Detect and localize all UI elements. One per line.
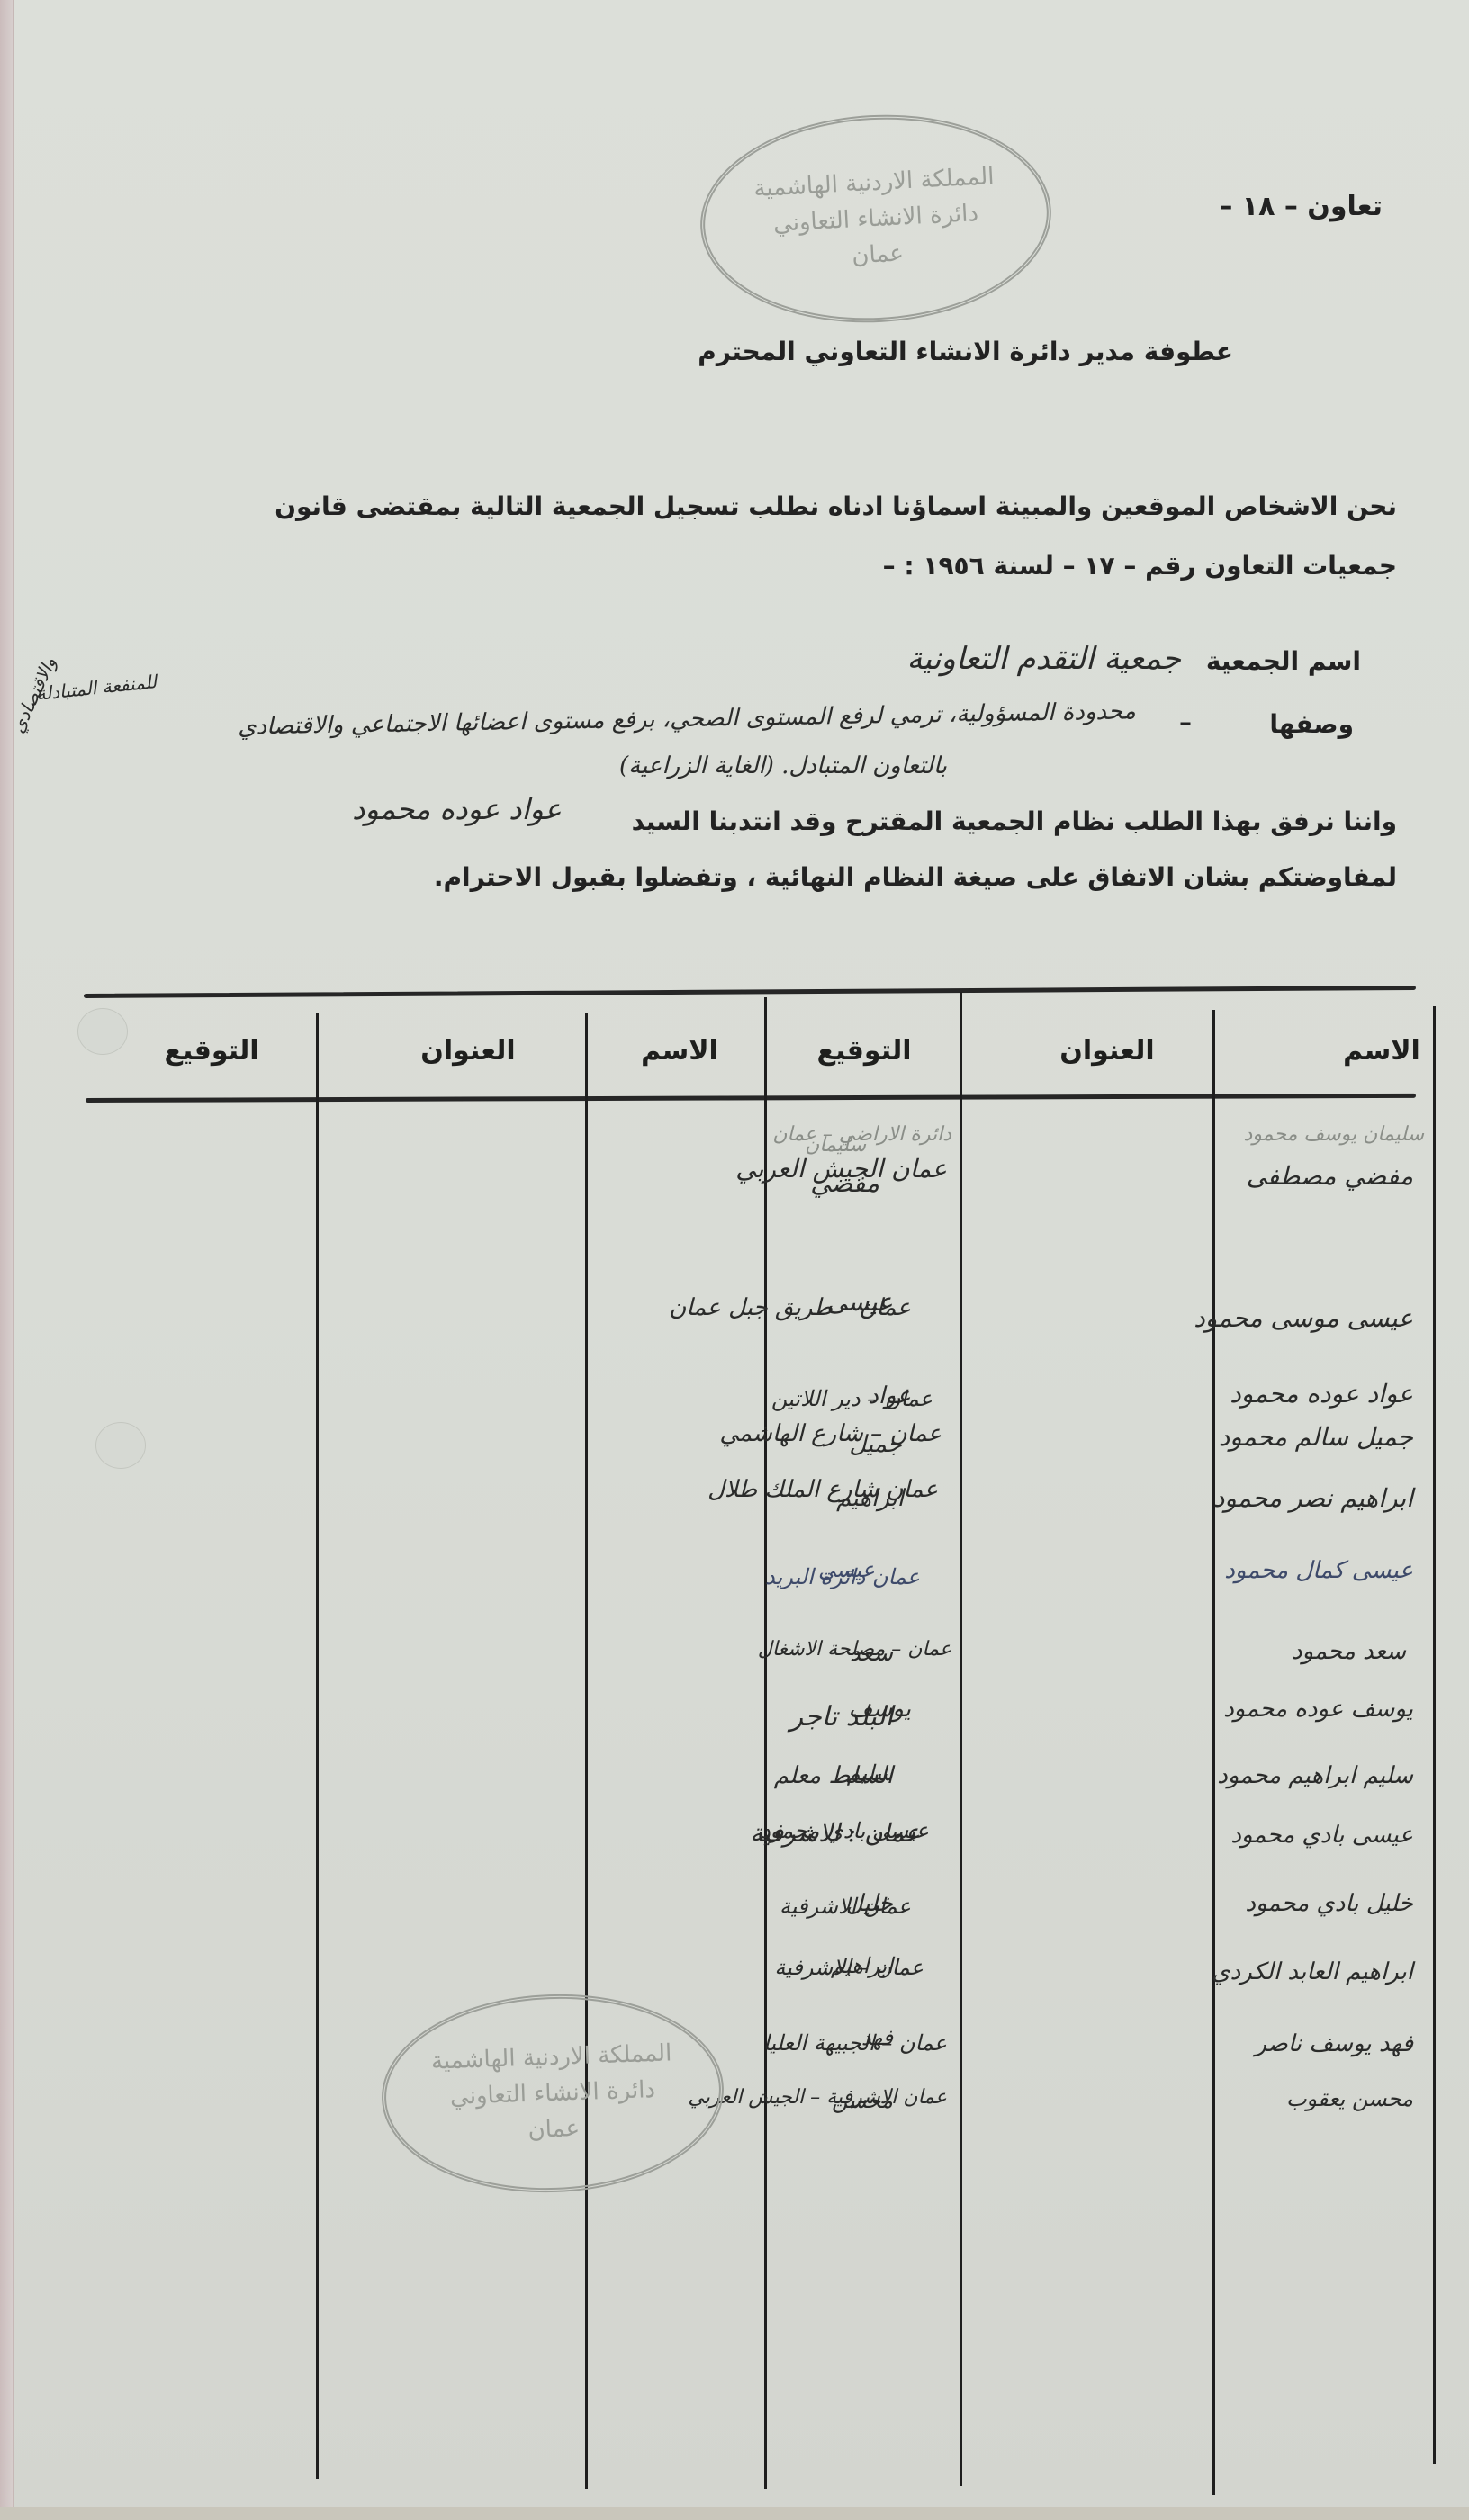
cell-signature: جميل	[849, 1431, 902, 1458]
column-divider-3	[764, 997, 767, 2489]
cell-name: عيسى كمال محمود	[1224, 1557, 1413, 1584]
header-name-1: الاسم	[1332, 1035, 1431, 1066]
cell-name: جميل سالم محمود	[1219, 1422, 1413, 1452]
cell-name: خليل بادي محمود	[1245, 1890, 1413, 1917]
cell-signature: ابراهيم	[831, 1953, 893, 1978]
closing-line-1: واننا نرفق بهذا الطلب نظام الجمعية المقت…	[632, 806, 1397, 836]
cell-signature: سعد	[850, 1640, 893, 1667]
cell-name: عواد عوده محمود	[1230, 1379, 1413, 1408]
cell-address: عمان – الجبيهة العليا	[763, 2030, 947, 2056]
page-bottom-edge	[0, 2507, 1469, 2520]
cell-address: عمان – شارع الهاشمي	[719, 1420, 942, 1447]
addressee-line: عطوفة مدير دائرة الانشاء التعاوني المحتر…	[698, 337, 1233, 366]
description-dash: –	[1179, 707, 1192, 737]
cell-signature: خليل	[846, 1890, 893, 1917]
description-label: وصفها	[1269, 709, 1354, 739]
cell-signature: مفضي	[810, 1168, 879, 1198]
stamp-line1: المملكة الاردنية الهاشمية	[430, 2041, 671, 2073]
column-divider-1	[1212, 1010, 1215, 2495]
cell-name: محسن يعقوب	[1286, 2086, 1413, 2111]
stamp-line2: دائرة الانشاء التعاوني	[450, 2078, 656, 2109]
header-signature-2: التوقيع	[135, 1035, 288, 1066]
cell-signature: عواد	[868, 1382, 911, 1409]
society-name-value: جمعية التقدم التعاونية	[906, 641, 1181, 677]
cell-signature: عيسى	[818, 1557, 875, 1582]
cell-signature: عيسى بادي محمود	[761, 1818, 929, 1843]
cell-name: ابراهيم العابد الكردي	[1212, 1958, 1413, 1985]
column-divider-5	[316, 1012, 319, 2479]
closing-line-2: لمفاوضتكم بشان الاتفاق على صيغة النظام ا…	[434, 862, 1397, 892]
cell-signature: ابراهيم	[836, 1485, 904, 1512]
cell-name: فهد يوسف ناصر	[1255, 2030, 1413, 2057]
header-signature-1: التوقيع	[792, 1035, 936, 1066]
cell-name: عيسى موسى محمود	[1194, 1303, 1413, 1333]
delegate-name: عواد عوده محمود	[352, 792, 562, 826]
intro-line-2: جمعيات التعاون رقم – ١٧ – لسنة ١٩٥٦ : –	[883, 551, 1397, 580]
society-name-label: اسم الجمعية	[1206, 646, 1361, 676]
stamp-line2: دائرة الانشاء التعاوني	[772, 202, 978, 236]
table-border-right	[1433, 1006, 1436, 2464]
header-name-2: الاسم	[612, 1035, 747, 1066]
stamp-line3: عمان	[527, 2117, 580, 2142]
document-page	[13, 0, 1469, 2511]
header-address-1: العنوان	[1017, 1035, 1197, 1066]
intro-line-1: نحن الاشخاص الموقعين والمبينة اسماؤنا اد…	[275, 491, 1397, 521]
stamp-line3: عمان	[852, 241, 905, 267]
cell-address: عمان الاشرفية – الجيش العربي	[688, 2086, 947, 2109]
header-address-2: العنوان	[378, 1035, 558, 1066]
punch-hole-bottom	[95, 1422, 146, 1469]
cell-name: سليم ابراهيم محمود	[1217, 1762, 1413, 1789]
cell-signature: فهد	[861, 2025, 893, 2050]
cell-name: ابراهيم نصر محمود	[1213, 1483, 1413, 1513]
cell-signature: محسن	[832, 2088, 893, 2113]
stamp-line1: المملكة الاردنية الهاشمية	[753, 165, 996, 201]
cell-name: عيسى بادي محمود	[1230, 1822, 1413, 1849]
cell-name: سليمان يوسف محمود	[1244, 1123, 1424, 1146]
punch-hole-top	[77, 1008, 128, 1055]
cell-name: يوسف عوده محمود	[1223, 1696, 1413, 1723]
column-divider-4	[585, 1013, 588, 2489]
document-reference: تعاون – ١٨ –	[1219, 191, 1383, 222]
cell-name: مفضي مصطفى	[1247, 1161, 1413, 1191]
cell-signature: يوسف	[849, 1696, 911, 1723]
description-value-line2: بالتعاون المتبادل. (الغاية الزراعية)	[619, 752, 947, 779]
cell-signature: سليم	[847, 1760, 893, 1786]
column-divider-2	[960, 992, 962, 2486]
cell-signature: عيسى	[827, 1287, 893, 1317]
cell-name: سعد محمود	[1292, 1638, 1406, 1665]
